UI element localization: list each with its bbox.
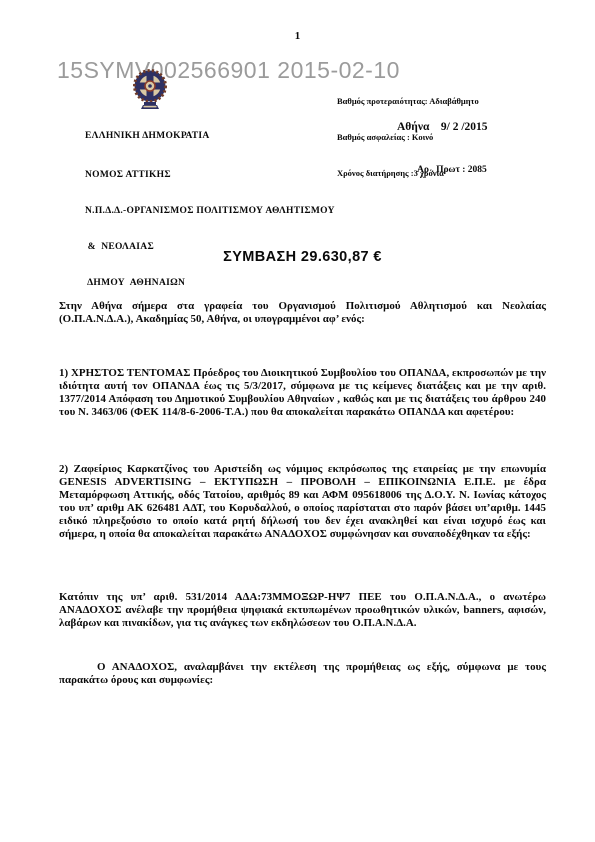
paragraph-award: Κατόπιν της υπ’ αριθ. 531/2014 ΑΔΑ:73ΜΜΟ… (59, 591, 546, 630)
paragraph-party-2: 2) Ζαφείριος Καρκατζίνος του Αριστείδη ω… (59, 463, 546, 541)
header-line-youth: & ΝΕΟΛΑΙΑΣ (85, 241, 335, 253)
hellenic-republic-emblem-icon (131, 69, 169, 111)
paragraph-party-1: 1) ΧΡΗΣΤΟΣ ΤΕΝΤΟΜΑΣ Πρόεδρος του Διοικητ… (59, 367, 546, 419)
agency-header-block: ΕΛΛΗΝΙΚΗ ΔΗΜΟΚΡΑΤΙΑ ΝΟΜΟΣ ΑΤΤΙΚΗΣ Ν.Π.Δ.… (85, 106, 335, 313)
document-page: 1 15SYMV002566901 2015-02-10 ΕΛΛΗΝΙΚΗ ΔΗ… (0, 0, 595, 842)
header-line-republic: ΕΛΛΗΝΙΚΗ ΔΗΜΟΚΡΑΤΙΑ (85, 130, 335, 142)
page-number: 1 (0, 30, 595, 42)
paragraph-execution: Ο ΑΝΑΔΟΧΟΣ, αναλαμβάνει την εκτέλεση της… (59, 661, 546, 687)
retention-period-line: Χρόνος διατήρησης :3 χρόνια (337, 167, 479, 179)
security-level-line: Βαθμός ασφαλείας : Κοινό (337, 131, 479, 143)
header-line-prefecture: ΝΟΜΟΣ ΑΤΤΙΚΗΣ (85, 169, 335, 181)
header-line-organization: Ν.Π.Δ.Δ.-ΟΡΓΑΝΙΣΜΟΣ ΠΟΛΙΤΙΣΜΟΥ ΑΘΛΗΤΙΣΜΟ… (85, 205, 335, 217)
header-line-municipality: ΔΗΜΟΥ ΑΘΗΝΑΙΩΝ (85, 277, 335, 289)
classification-block: Βαθμός προτεραιότητας: Αδιαβάθμητο Βαθμό… (337, 71, 479, 203)
priority-level-line: Βαθμός προτεραιότητας: Αδιαβάθμητο (337, 95, 479, 107)
